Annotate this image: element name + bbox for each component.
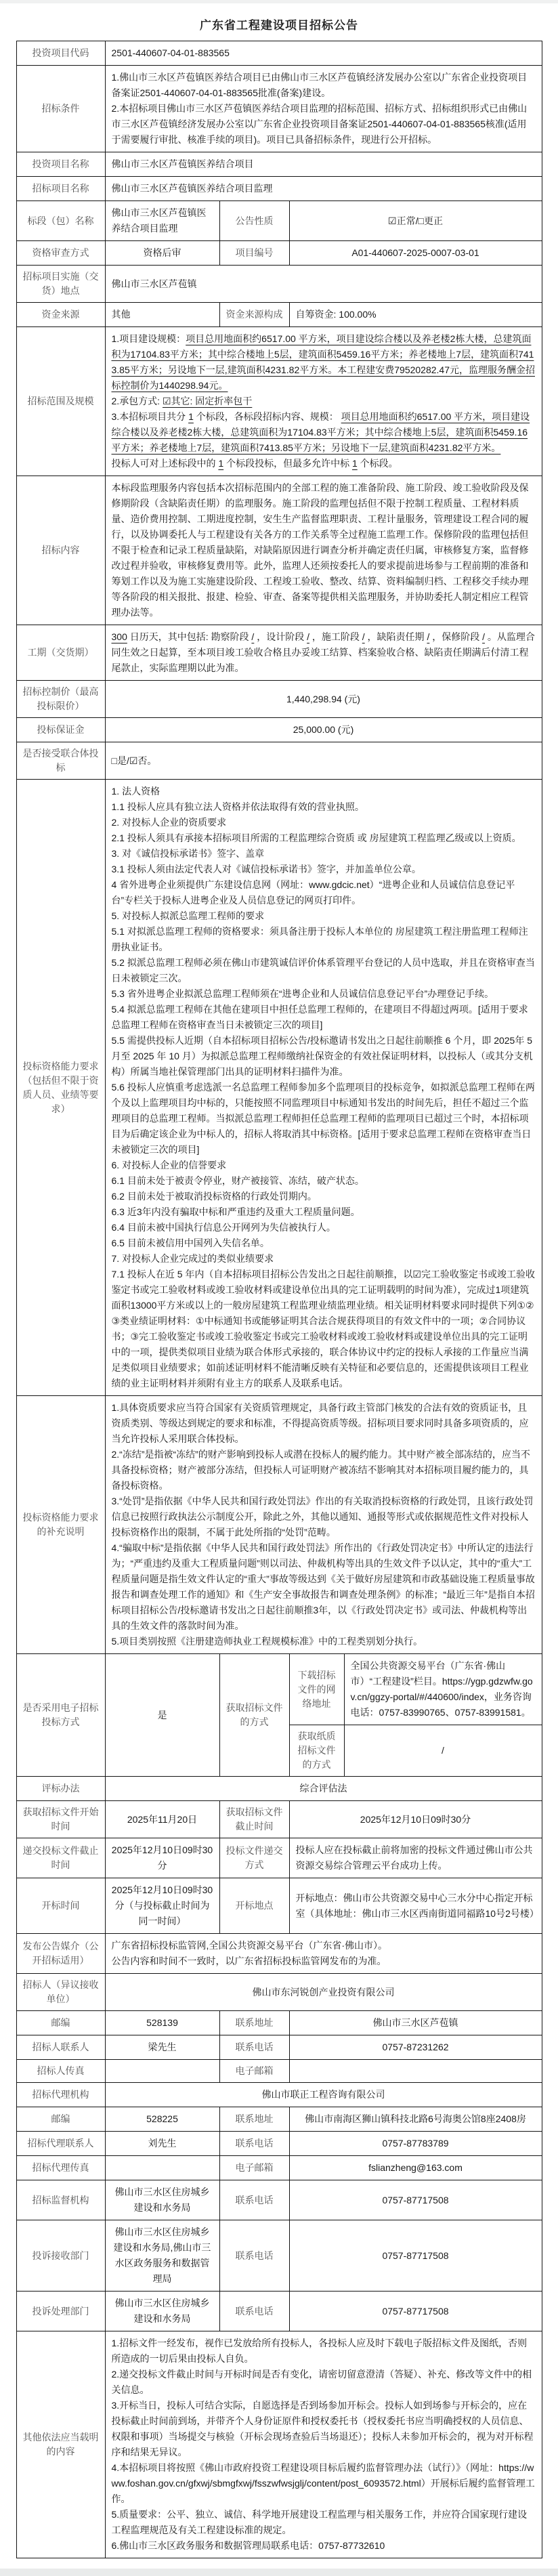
paragraph: 0757-87717508 (296, 2193, 536, 2208)
row-label: 电子邮箱 (219, 2060, 289, 2083)
row-value: 佛山市三水区芦苞镇医养结合项目监理 (105, 177, 542, 201)
paragraph: 2. 对投标人企业的资质要求 (112, 815, 536, 830)
row-value: 本标段监理服务内容包括本次招标范围内的全部工程的施工准备阶段、施工阶段、竣工验收… (105, 476, 542, 625)
row-value: 佛山市三水区芦苞镇医养结合项目监理 (105, 201, 219, 241)
row-label: 电子邮箱 (219, 2156, 289, 2180)
paragraph: 2025年12月10日09时30分（与投标截止时间为同一时间） (112, 1882, 213, 1929)
row-label: 招标人传真 (16, 2060, 105, 2083)
paragraph: 佛山市三水区住房城乡建设和水务局 (112, 2184, 213, 2216)
row-label: 联系电话 (219, 2292, 289, 2331)
paragraph: 2501-440607-04-01-883565 (112, 45, 536, 61)
row-value: 25,000.00 (元) (105, 718, 542, 742)
row-label: 投资项目名称 (16, 152, 105, 177)
paragraph: 2.“冻结”是指被“冻结”的财产影响到投标人或潜在投标人的履约能力。其中财产被全… (112, 1447, 536, 1494)
paragraph: 3.本招标项目共分 1 个标段，各标段招标内容、规模： 项目总用地面积约6517… (112, 409, 536, 456)
row-label: 投资项目代码 (16, 41, 105, 66)
row-value: 佛山市三水区住房城乡建设和水务局,佛山市三水区政务服务和数据管理局 (105, 2220, 219, 2292)
table-row: 招标代理机构佛山市联正工程咨询有限公司 (16, 2083, 542, 2107)
row-value: 其他 (105, 303, 219, 327)
paragraph: 6.1 目前未处于被责令停业，财产被接管、冻结，破产状态。 (112, 1173, 536, 1189)
row-label: 开标地点 (219, 1878, 289, 1934)
row-value: 0757-87717508 (289, 2292, 542, 2331)
paragraph: 5.质量要求：公平、独立、诚信、科学地开展建设工程监理与相关服务工作，并应符合国… (112, 2507, 536, 2538)
row-label: 联系电话 (219, 2220, 289, 2292)
paragraph: 佛山市南海区狮山镇科技北路6号海奥公馆8座2408房 (296, 2111, 536, 2127)
paragraph: □是/☑否。 (112, 753, 536, 769)
row-value: fslianzheng@163.com (289, 2156, 542, 2180)
row-value: 资格后审 (105, 241, 219, 266)
row-value: 佛山市三水区芦苞镇 (289, 2011, 542, 2035)
paragraph: 4.本招标项目将按照《佛山市政府投资工程建设项目标后履约监督管理办法（试行）》（… (112, 2460, 536, 2507)
sub-row-value: / (344, 1725, 542, 1777)
row-label: 投标文件递交方式 (219, 1838, 289, 1878)
row-value: 528225 (105, 2107, 219, 2132)
row-value: 0757-87231262 (289, 2035, 542, 2060)
paragraph: 1.1 投标人应具有独立法人资格并依法取得有效的营业执照。 (112, 799, 536, 815)
table-row: 招标内容本标段监理服务内容包括本次招标范围内的全部工程的施工准备阶段、施工阶段、… (16, 476, 542, 625)
paragraph: 6.3 近3年内没有骗取中标和严重违约及重大工程质量问题。 (112, 1204, 536, 1220)
paragraph: 2025年12月10日09时30分 (296, 1812, 536, 1828)
row-value: 2025年12月10日09时30分 (105, 1838, 219, 1878)
row-value: 佛山市联正工程咨询有限公司 (105, 2083, 542, 2107)
row-label: 资金来源 (16, 303, 105, 327)
paragraph: 6.佛山市三水区政务服务和数据管理局联系电话：0757-87732610 (112, 2538, 536, 2554)
paragraph: 5. 对投标人拟派总监理工程师的要求 (112, 908, 536, 924)
row-value: 2501-440607-04-01-883565 (105, 41, 542, 66)
page-bottom-strip (0, 2569, 558, 2576)
row-label: 是否采用电子招标投标方式 (16, 1654, 105, 1777)
paragraph: 2.1 投标人须具有承接本招标项目所需的工程监理综合资质 或 房屋建筑工程监理乙… (112, 830, 536, 846)
paragraph: 5.项目类别按照《注册建造师执业工程规模标准》中的工程类别划分执行。 (112, 1634, 536, 1649)
row-value: 1.具体资质要求应当符合国家有关资质管理规定，具备行政主管部门核发的合法有效的资… (105, 1396, 542, 1654)
paragraph: 1.佛山市三水区芦苞镇医养结合项目已由佛山市三水区芦苞镇经济发展办公室以广东省企… (112, 70, 536, 101)
row-label: 资金来源构成 (219, 303, 289, 327)
paragraph: 佛山市三水区住房城乡建设和水务局,佛山市三水区政务服务和数据管理局 (112, 2224, 213, 2287)
table-row: 招标代理联系人刘先生联系电话0757-87783789 (16, 2132, 542, 2156)
row-value: 刘先生 (105, 2132, 219, 2156)
row-label: 邮编 (16, 2011, 105, 2035)
announcement-table-body: 投资项目代码2501-440607-04-01-883565招标条件1.佛山市三… (16, 41, 542, 2558)
table-row: 投资项目代码2501-440607-04-01-883565 (16, 41, 542, 66)
row-label: 投标资格能力要求（包括但不限于资质人员、业绩等要求） (16, 780, 105, 1396)
paragraph: 6.4 目前未被中国执行信息公开网列为失信被执行人。 (112, 1220, 536, 1236)
paragraph: 4.“骗取中标”是指依据《中华人民共和国行政处罚法》所作出的《行政处罚决定书》中… (112, 1540, 536, 1634)
table-row: 招标人（异议接收单位）佛山市东河锐创产业投资有限公司 (16, 1974, 542, 2011)
row-value: 佛山市三水区住房城乡建设和水务局 (105, 2180, 219, 2220)
paragraph: 是 (112, 1708, 213, 1723)
paragraph: 3. 对《诚信投标承诺书》签字、盖章 (112, 846, 536, 862)
table-row: 招标项目名称佛山市三水区芦苞镇医养结合项目监理 (16, 177, 542, 201)
paragraph: 刘先生 (112, 2136, 213, 2151)
paragraph: 1. 法人资格 (112, 784, 536, 799)
row-label: 招标人联系人 (16, 2035, 105, 2060)
paragraph: 1.招标文件一经发布，视作已发放给所有投标人，各投标人应及时下载电子版招标文件及… (112, 2336, 536, 2367)
table-row: 是否接受联合体投标□是/☑否。 (16, 742, 542, 780)
row-label: 招标控制价（最高投标限价） (16, 681, 105, 718)
row-value: 佛山市三水区住房城乡建设和水务局 (105, 2292, 219, 2331)
paragraph: 0757-87717508 (296, 2248, 536, 2264)
paragraph: 投标人可对上述标段中的 1 个标段投标，但最多允许中标 1 个标段。 (112, 456, 536, 471)
table-row: 标段（包）名称佛山市三水区芦苞镇医养结合项目监理公告性质☑正常/□更正 (16, 201, 542, 241)
row-label: 招标代理机构 (16, 2083, 105, 2107)
row-value: 300 日历天，其中包括: 勘察阶段 / ，设计阶段 / ，施工阶段 / ，缺陷… (105, 625, 542, 681)
table-row: 招标人传真电子邮箱 (16, 2060, 542, 2083)
row-value: 1.项目建设规模：项目总用地面积约6517.00 平方米，项目建设综合楼以及养老… (105, 327, 542, 476)
paragraph: 5.5 需提供投标人近期（自本招标项目招标公告/投标邀请书发出之日起往前顺推 6… (112, 1033, 536, 1080)
row-value: 佛山市三水区芦苞镇 (105, 266, 542, 303)
row-value: 佛山市三水区芦苞镇医养结合项目 (105, 152, 542, 177)
paragraph: 2.承包方式: ☑其它: 固定折率包干 (112, 394, 536, 409)
paragraph: 广东省招标投标监管网,全国公共资源交易平台（广东省·佛山市）。 (112, 1938, 536, 1954)
paragraph: ☑正常/□更正 (296, 213, 536, 229)
table-row: 投诉接收部门佛山市三水区住房城乡建设和水务局,佛山市三水区政务服务和数据管理局联… (16, 2220, 542, 2292)
paragraph: 佛山市联正工程咨询有限公司 (112, 2087, 536, 2103)
table-row: 发布公告媒介（公开招标适用）广东省招标投标监管网,全国公共资源交易平台（广东省·… (16, 1934, 542, 1974)
row-label: 联系电话 (219, 2132, 289, 2156)
table-row: 其他依法应当载明的内容1.招标文件一经发布，视作已发放给所有投标人，各投标人应及… (16, 2331, 542, 2558)
paragraph: 佛山市三水区芦苞镇 (112, 276, 536, 292)
paragraph: 梁先生 (112, 2040, 213, 2055)
row-value: 1.佛山市三水区芦苞镇医养结合项目已由佛山市三水区芦苞镇经济发展办公室以广东省企… (105, 66, 542, 152)
table-row: 投标资格能力要求的补充说明1.具体资质要求应当符合国家有关资质管理规定，具备行政… (16, 1396, 542, 1654)
paragraph: 2.本招标项目佛山市三水区芦苞镇医养结合项目监理的招标范围、招标方式、招标组织形… (112, 101, 536, 148)
table-row: 是否采用电子招标投标方式是获取招标文件的方式下载招标文件的网络地址全国公共资源交… (16, 1654, 542, 1725)
row-value: 1.招标文件一经发布，视作已发放给所有投标人，各投标人应及时下载电子版招标文件及… (105, 2331, 542, 2558)
row-value: 2025年11月20日 (105, 1801, 219, 1838)
row-label: 工期（交货期） (16, 625, 105, 681)
row-label: 招标代理传真 (16, 2156, 105, 2180)
row-label: 获取招标文件的方式 (219, 1654, 289, 1777)
sub-row-label: 下载招标文件的网络地址 (289, 1654, 344, 1725)
paragraph: 5.6 投标人应慎重考虑选派一名总监理工程师参加多个监理项目的投标竞争，如拟派总… (112, 1080, 536, 1158)
row-value: 佛山市南海区狮山镇科技北路6号海奥公馆8座2408房 (289, 2107, 542, 2132)
row-label: 公告性质 (219, 201, 289, 241)
row-label: 招标人（异议接收单位） (16, 1974, 105, 2011)
paragraph: 综合评估法 (112, 1781, 536, 1796)
paragraph: 4 省外进粤企业须提供广东建设信息网（网址：www.gdcic.net）“进粤企… (112, 877, 536, 908)
table-row: 招标条件1.佛山市三水区芦苞镇医养结合项目已由佛山市三水区芦苞镇经济发展办公室以… (16, 66, 542, 152)
paragraph: 佛山市三水区芦苞镇 (296, 2015, 536, 2031)
row-label: 投标资格能力要求的补充说明 (16, 1396, 105, 1654)
paragraph: 5.1 对拟派总监理工程师的资格要求：须具备注册于投标人本单位的 房屋建筑工程注… (112, 924, 536, 955)
row-label: 标段（包）名称 (16, 201, 105, 241)
paragraph: 公告内容和时间不一致时，以广东省招标投标监管网发布的为准。 (112, 1954, 536, 1969)
paragraph: 佛山市三水区住房城乡建设和水务局 (112, 2296, 213, 2327)
paragraph: A01-440607-2025-0007-03-01 (296, 245, 536, 261)
row-label: 招标条件 (16, 66, 105, 152)
row-label: 联系电话 (219, 2180, 289, 2220)
row-value (105, 2060, 219, 2083)
row-label: 联系电话 (219, 2035, 289, 2060)
row-value: 2025年12月10日09时30分（与投标截止时间为同一时间） (105, 1878, 219, 1934)
row-label: 资格审查方式 (16, 241, 105, 266)
table-row: 招标人联系人梁先生联系电话0757-87231262 (16, 2035, 542, 2060)
row-value: 佛山市东河锐创产业投资有限公司 (105, 1974, 542, 2011)
row-label: 招标项目实施（交货）地点 (16, 266, 105, 303)
table-row: 招标代理传真电子邮箱fslianzheng@163.com (16, 2156, 542, 2180)
paragraph: 其他 (112, 307, 213, 322)
paragraph: 6.2 目前未处于被取消投标资格的行政处罚期内。 (112, 1189, 536, 1204)
row-value: 梁先生 (105, 2035, 219, 2060)
paragraph: 3.“处罚”是指依据《中华人民共和国行政处罚法》作出的有关取消投标资格的行政处罚… (112, 1494, 536, 1540)
row-value: 1,440,298.94 (元) (105, 681, 542, 718)
paragraph: 5.4 拟派总监理工程师在其他在建项目中担任总监理工程师的，在建项目不得超过两项… (112, 1002, 536, 1033)
row-label: 招标范围及规模 (16, 327, 105, 476)
paragraph: 7. 对投标人企业完成过的类似业绩要求 (112, 1251, 536, 1267)
row-value (105, 2156, 219, 2180)
paragraph: 6.5 目前未被信用中国列入失信名单。 (112, 1236, 536, 1251)
page-title: 广东省工程建设项目招标公告 (0, 16, 558, 33)
row-label: 邮编 (16, 2107, 105, 2132)
row-value: 2025年12月10日09时30分 (289, 1801, 542, 1838)
sub-row-value: 全国公共资源交易平台（广东省·佛山市）“工程建设”栏目。https://ygp.… (344, 1654, 542, 1725)
row-label: 招标项目名称 (16, 177, 105, 201)
paragraph: 本标段监理服务内容包括本次招标范围内的全部工程的施工准备阶段、施工阶段、竣工验收… (112, 480, 536, 620)
paragraph: 528225 (112, 2111, 213, 2127)
table-row: 招标项目实施（交货）地点佛山市三水区芦苞镇 (16, 266, 542, 303)
paragraph: 300 日历天，其中包括: 勘察阶段 / ，设计阶段 / ，施工阶段 / ，缺陷… (112, 629, 536, 676)
row-label: 投诉接收部门 (16, 2220, 105, 2292)
paragraph: / (351, 1743, 536, 1758)
table-row: 投资项目名称佛山市三水区芦苞镇医养结合项目 (16, 152, 542, 177)
paragraph: 自筹资金: 100.00% (296, 307, 536, 322)
table-row: 邮编528225联系地址佛山市南海区狮山镇科技北路6号海奥公馆8座2408房 (16, 2107, 542, 2132)
row-value: 综合评估法 (105, 1777, 542, 1801)
row-label: 获取招标文件截止时间 (219, 1801, 289, 1838)
row-label: 投诉处理部门 (16, 2292, 105, 2331)
row-value: 自筹资金: 100.00% (289, 303, 542, 327)
table-row: 招标监督机构佛山市三水区住房城乡建设和水务局联系电话0757-87717508 (16, 2180, 542, 2220)
row-value: 是 (105, 1654, 219, 1777)
table-row: 开标时间2025年12月10日09时30分（与投标截止时间为同一时间）开标地点开… (16, 1878, 542, 1934)
paragraph: fslianzheng@163.com (296, 2160, 536, 2176)
row-value: 528139 (105, 2011, 219, 2035)
paragraph: 1.具体资质要求应当符合国家有关资质管理规定，具备行政主管部门核发的合法有效的资… (112, 1400, 536, 1447)
row-label: 评标办法 (16, 1777, 105, 1801)
table-row: 评标办法综合评估法 (16, 1777, 542, 1801)
paragraph: 佛山市三水区芦苞镇医养结合项目监理 (112, 181, 536, 196)
paragraph: 5.2 拟派总监理工程师必须在佛山市建筑诚信评价体系管理平台登记的人员中选取，并… (112, 955, 536, 986)
paragraph: 佛山市三水区芦苞镇医养结合项目 (112, 156, 536, 172)
row-label: 开标时间 (16, 1878, 105, 1934)
paragraph: 0757-87783789 (296, 2136, 536, 2151)
table-row: 招标控制价（最高投标限价）1,440,298.94 (元) (16, 681, 542, 718)
paragraph: 528139 (112, 2015, 213, 2031)
row-value: □是/☑否。 (105, 742, 542, 780)
paragraph: 0757-87717508 (296, 2304, 536, 2319)
paragraph: 投标人应在投标截止前将加密的投标文件通过佛山市公共资源交易综合管理云平台成功上传… (296, 1842, 536, 1874)
row-label: 招标监督机构 (16, 2180, 105, 2220)
paragraph: 6. 对投标人企业的信誉要求 (112, 1158, 536, 1173)
paragraph: 3.开标当日，投标人可结合实际，自愿选择是否到场参加开标会。投标人如到场参与开标… (112, 2398, 536, 2460)
paragraph: 全国公共资源交易平台（广东省·佛山市）“工程建设”栏目。https://ygp.… (351, 1658, 536, 1720)
row-label: 项目编号 (219, 241, 289, 266)
row-value: 1. 法人资格1.1 投标人应具有独立法人资格并依法取得有效的营业执照。2. 对… (105, 780, 542, 1396)
row-label: 是否接受联合体投标 (16, 742, 105, 780)
paragraph: 1,440,298.94 (元) (112, 692, 536, 707)
row-label: 获取招标文件开始时间 (16, 1801, 105, 1838)
paragraph: 3.1 投标人须由法定代表人对《诚信投标承诺书》签字，并加盖单位公章。 (112, 862, 536, 877)
paragraph: 2025年12月10日09时30分 (112, 1842, 213, 1874)
paragraph: 资格后审 (112, 245, 213, 261)
paragraph: 5.3 省外进粤企业拟派总监理工程师须在“进粤企业和人员诚信信息登记平台”办理登… (112, 986, 536, 1002)
row-value: ☑正常/□更正 (289, 201, 542, 241)
row-label: 招标代理联系人 (16, 2132, 105, 2156)
row-label: 递交投标文件截止时间 (16, 1838, 105, 1878)
paragraph: 25,000.00 (元) (112, 722, 536, 738)
row-value (289, 2060, 542, 2083)
paragraph: 1.项目建设规模：项目总用地面积约6517.00 平方米，项目建设综合楼以及养老… (112, 331, 536, 394)
paragraph: 7.1 投标人在近 5 年内（自本招标项目招标公告发出之日起往前顺推，以☑完工验… (112, 1267, 536, 1391)
table-row: 递交投标文件截止时间2025年12月10日09时30分投标文件递交方式投标人应在… (16, 1838, 542, 1878)
table-row: 获取招标文件开始时间2025年11月20日获取招标文件截止时间2025年12月1… (16, 1801, 542, 1838)
table-row: 资格审查方式资格后审项目编号A01-440607-2025-0007-03-01 (16, 241, 542, 266)
paragraph: 2.递交投标文件截止时间与开标时间是否有变化，请密切留意澄清（答疑）、补充、修改… (112, 2367, 536, 2398)
paragraph: 2025年11月20日 (112, 1812, 213, 1828)
table-row: 资金来源其他资金来源构成自筹资金: 100.00% (16, 303, 542, 327)
announcement-table: 投资项目代码2501-440607-04-01-883565招标条件1.佛山市三… (16, 41, 542, 2558)
row-label: 投标保证金 (16, 718, 105, 742)
paragraph: 佛山市三水区芦苞镇医养结合项目监理 (112, 205, 213, 236)
table-row: 邮编528139联系地址佛山市三水区芦苞镇 (16, 2011, 542, 2035)
row-value: 投标人应在投标截止前将加密的投标文件通过佛山市公共资源交易综合管理云平台成功上传… (289, 1838, 542, 1878)
row-value: 广东省招标投标监管网,全国公共资源交易平台（广东省·佛山市）。公告内容和时间不一… (105, 1934, 542, 1974)
table-row: 投标保证金25,000.00 (元) (16, 718, 542, 742)
row-label: 联系地址 (219, 2107, 289, 2132)
paragraph: 开标地点：佛山市公共资源交易中心三水分中心指定开标室（具体地址：佛山市三水区西南… (296, 1891, 536, 1922)
row-value: 0757-87783789 (289, 2132, 542, 2156)
table-row: 投诉处理部门佛山市三水区住房城乡建设和水务局联系电话0757-87717508 (16, 2292, 542, 2331)
row-label: 发布公告媒介（公开招标适用） (16, 1934, 105, 1974)
row-label: 联系地址 (219, 2011, 289, 2035)
row-value: 开标地点：佛山市公共资源交易中心三水分中心指定开标室（具体地址：佛山市三水区西南… (289, 1878, 542, 1934)
page-top-strip (0, 0, 558, 3)
row-value: 0757-87717508 (289, 2180, 542, 2220)
table-row: 投标资格能力要求（包括但不限于资质人员、业绩等要求）1. 法人资格1.1 投标人… (16, 780, 542, 1396)
paragraph: 佛山市东河锐创产业投资有限公司 (112, 1985, 536, 2000)
row-value: 0757-87717508 (289, 2220, 542, 2292)
row-label: 其他依法应当载明的内容 (16, 2331, 105, 2558)
table-row: 招标范围及规模1.项目建设规模：项目总用地面积约6517.00 平方米，项目建设… (16, 327, 542, 476)
row-value: A01-440607-2025-0007-03-01 (289, 241, 542, 266)
table-row: 工期（交货期）300 日历天，其中包括: 勘察阶段 / ，设计阶段 / ，施工阶… (16, 625, 542, 681)
paragraph: 0757-87231262 (296, 2040, 536, 2055)
sub-row-label: 获取纸质招标文件的方式 (289, 1725, 344, 1777)
row-label: 招标内容 (16, 476, 105, 625)
